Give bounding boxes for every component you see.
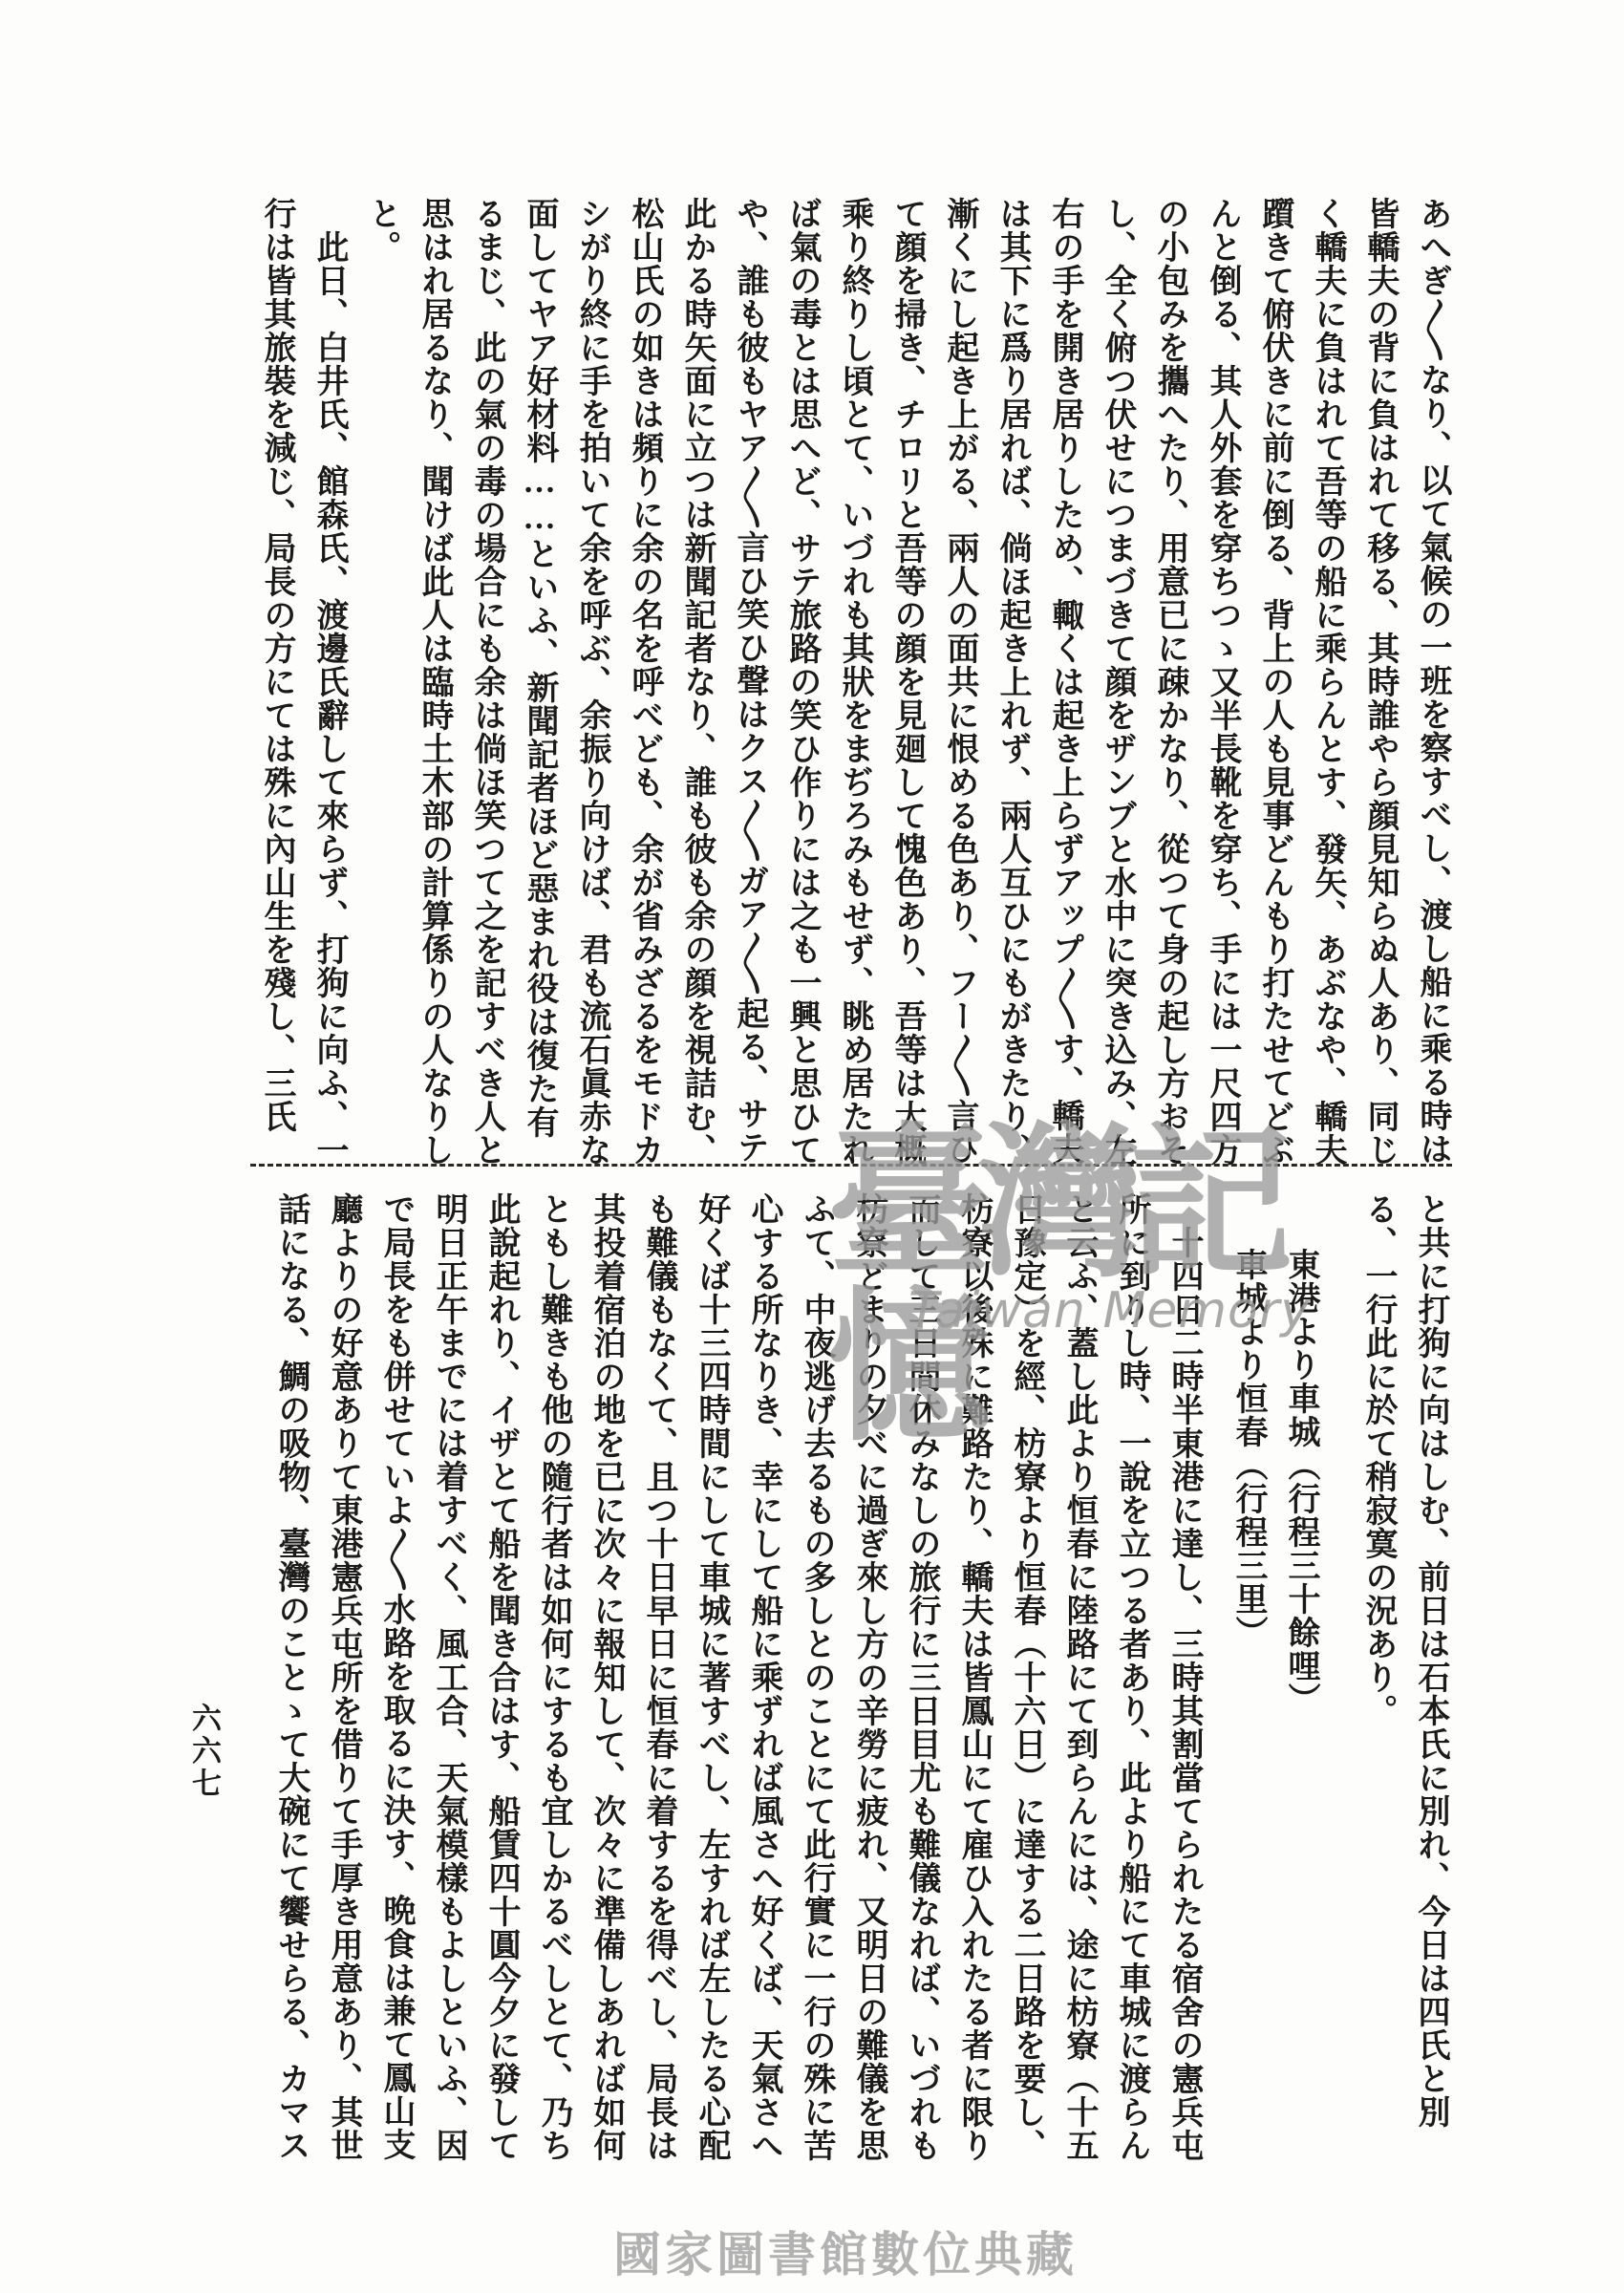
watermark-library-caption: 國家圖書館數位典藏 <box>613 2217 1078 2285</box>
text-line: あへぎ〱なり、以て氣候の一班を察すべし、渡し船に乘る時は <box>1406 197 1459 1156</box>
text-line: で局長をも併せていよ〱水路を取るに決す、晩食は兼て鳳山支 <box>370 1192 422 2110</box>
bottom-text-block: と共に打狗に向はしむ、前日は石本氏に別れ、今日は四氏と別る、一行此に於て稍寂寞の… <box>232 1192 1457 2110</box>
text-line: 話になる、鯛の吸物、臺灣のことゝて大碗にて饗せらる、カマス <box>265 1192 317 2110</box>
text-line: 躓きて俯伏きに前に倒る、背上の人も見事どんもり打たせてどぶ <box>1249 197 1301 1156</box>
text-line: や、誰も彼もヤア〱言ひ笑ひ聲はクス〱ガア〱起る、サテ <box>723 197 776 1156</box>
section-divider <box>250 1164 1452 1167</box>
text-line: 明日正午までには着すべく、風工合、天氣模樣もよしといふ、因 <box>422 1192 475 2110</box>
text-line: く轎夫に負はれて吾等の船に乘らんとす、發矢、あぶなや、轎夫 <box>1301 197 1354 1156</box>
page: あへぎ〱なり、以て氣候の一班を察すべし、渡し船に乘る時は皆轎夫の背に負はれて移る… <box>0 0 1624 2293</box>
text-line: る、一行此に於て稍寂寞の況あり。 <box>1352 1192 1404 2110</box>
text-line: シがり終に手を拍いて余を呼ぶ、余振り向けば、君も流石眞赤な <box>566 197 618 1156</box>
page-number: 六六七 <box>187 1703 220 1800</box>
text-line: 而して三日間休みなしの旅行に三日目尤も難儀なれば、いづれも <box>895 1192 948 2110</box>
text-line: 此說起れり、イザとて船を聞き合はす、船賃四十圓今夕に發して <box>475 1192 527 2110</box>
text-line: 枋寮以後殊に難路たり、轎夫は皆鳳山にて雇ひ入れたる者に限り <box>948 1192 1000 2110</box>
text-line: 右の手を開き居りしため、輙くは起き上らずアップ〱す、轎夫 <box>1038 197 1091 1156</box>
text-line: ふて、中夜逃げ去るもの多しとのことにて此行實に一行の殊に苦 <box>790 1192 843 2110</box>
text-line: 此かる時矢面に立つは新聞記者なり、誰も彼も余の顔を視詰む、 <box>671 197 723 1156</box>
text-line: し、全く俯つ伏せにつまづきて顔をザンブと水中に突き込み、左 <box>1091 197 1143 1156</box>
text-line: 漸くにし起き上がる、兩人の面共に恨める色あり、フー〱言ひ <box>933 197 986 1156</box>
text-line: 所に到りし時、一說を立つる者あり、此より船にて車城に渡らん <box>1105 1192 1158 2110</box>
section-heading-donggang-checheng: 東港より車城︵行程三十餘哩︶ <box>1274 1192 1327 2110</box>
text-line: 此日、白井氏、館森氏、渡邊氏辭して來らず、打狗に向ふ、一 <box>303 197 355 1156</box>
text-line: 皆轎夫の背に負はれて移る、其時誰やら顔見知らぬ人あり、同じ <box>1354 197 1406 1156</box>
text-line: ともし難きも他の隨行者は如何にするも宜しかるべしとて、乃ち <box>527 1192 580 2110</box>
text-line: と。 <box>355 197 408 1156</box>
text-line: 心する所なりき、幸にして船に乘ずれば風さへ好くば、天氣さへ <box>737 1192 790 2110</box>
text-line: と云ふ、蓋し此より恒春に陸路にて到らんには、途に枋寮︵十五 <box>1053 1192 1105 2110</box>
text-line: 其投着宿泊の地を已に次々に報知して、次々に準備しあれば如何 <box>580 1192 632 2110</box>
text-line: 好くば十三四時間にして車城に著すべし、左すれば左したる心配 <box>685 1192 737 2110</box>
text-line: 思はれ居るなり、聞けば此人は臨時土木部の計算係りの人なりし <box>408 197 460 1156</box>
journal-entry-body: 十四日二時半東港に達し、三時其割當てられたる宿舍の憲兵屯所に到りし時、一說を立つ… <box>265 1192 1210 2110</box>
text-line: 乘り終りし頃とて、いづれも其狀をまぢろみもせず、眺め居たれ <box>828 197 881 1156</box>
text-line: も難儀もなくて、且つ十日早日に恒春に着するを得べし、局長は <box>632 1192 685 2110</box>
text-line: 行は皆其旅裝を減じ、局長の方にては殊に內山生を殘し、三氏 <box>250 197 303 1156</box>
text-line: て顔を掃き、チロリと吾等の顔を見廻して愧色あり、吾等は大概 <box>881 197 933 1156</box>
top-text-block: あへぎ〱なり、以て氣候の一班を察すべし、渡し船に乘る時は皆轎夫の背に負はれて移る… <box>253 197 1459 1156</box>
text-line: んと倒る、其人外套を穿ちつゝ又半長靴を穿ち、手には一尺四方 <box>1196 197 1249 1156</box>
text-line: 枋寮どまりの夕べに過ぎ來し方の辛勞に疲れ、又明日の難儀を思 <box>843 1192 895 2110</box>
text-line: の小包みを攜へたり、用意已に疎かなり、從つて身の起し方おそ <box>1143 197 1196 1156</box>
text-line: 廳よりの好意ありて東港憲兵屯所を借りて手厚き用意あり、其世 <box>317 1192 370 2110</box>
section-headings: 東港より車城︵行程三十餘哩︶ 車城より恒春︵行程三里︶ <box>1222 1192 1327 2110</box>
text-line: 十四日二時半東港に達し、三時其割當てられたる宿舍の憲兵屯 <box>1158 1192 1210 2110</box>
text-line: は其下に爲り居れば、倘ほ起き上れず、兩人互ひにもがきたり、 <box>986 197 1038 1156</box>
intro-continuation: と共に打狗に向はしむ、前日は石本氏に別れ、今日は四氏と別る、一行此に於て稍寂寞の… <box>1352 1192 1457 2110</box>
text-line: 松山氏の如きは頻りに余の名を呼べども、余が省みざるをモドカ <box>618 197 671 1156</box>
text-line: 面してヤア好材料……といふ、新聞記者ほど惡まれ役は復た有 <box>513 197 566 1156</box>
text-line: ば氣の毒とは思へど、サテ旅路の笑ひ作りには之も一興と思ひて <box>776 197 828 1156</box>
section-heading-checheng-hengchun: 車城より恒春︵行程三里︶ <box>1222 1192 1274 2110</box>
text-line: 日豫定︶を經、枋寮より恒春︵十六日︶に達する二日路を要し、 <box>1000 1192 1053 2110</box>
text-line: るまじ、此の氣の毒の場合にも余は倘ほ笑つて之を記すべき人と <box>460 197 513 1156</box>
text-line: と共に打狗に向はしむ、前日は石本氏に別れ、今日は四氏と別 <box>1404 1192 1457 2110</box>
